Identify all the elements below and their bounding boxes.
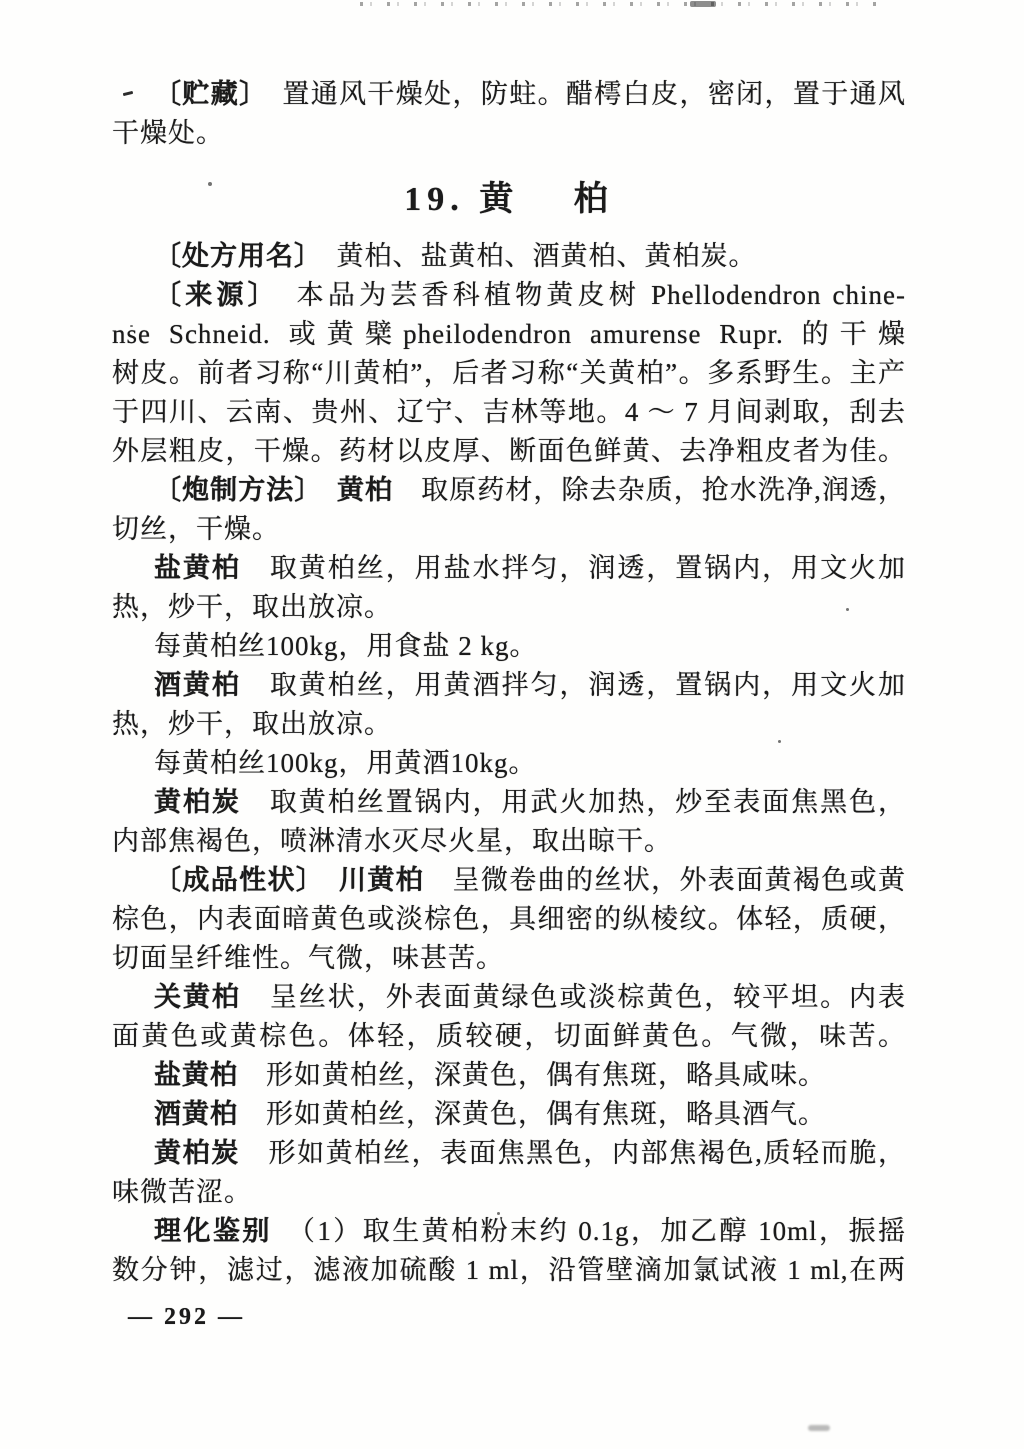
line-text: 取黄柏丝置锅内，用武火加热，炒至表面焦黑色， <box>241 787 906 817</box>
line-label: 盐黄柏 <box>154 1060 238 1090</box>
line-text: 于四川、云南、贵州、辽宁、吉林等地。4 ～ 7 月间剥取，刮去 <box>112 397 906 427</box>
text-line: 外层粗皮，干燥。药材以皮厚、断面色鲜黄、去净粗皮者为佳。 <box>112 432 906 471</box>
text-line: 切丝，干燥。 <box>112 510 906 549</box>
text-line: 内部焦褐色，喷淋清水灭尽火星，取出晾干。 <box>112 822 906 861</box>
page-number: — 292 — <box>128 1304 906 1331</box>
text-line: 酒黄柏 形如黄柏丝，深黄色，偶有焦斑，略具酒气。 <box>112 1095 906 1134</box>
line-text: 取黄柏丝，用盐水拌匀，润透，置锅内，用文火加 <box>241 553 906 583</box>
text-column: 〔贮藏〕 置通风干燥处，防蛀。醋樗白皮，密闭，置于通风干燥处。 19. 黄 柏 … <box>112 75 906 1331</box>
text-line: 〔处方用名〕 黄柏、盐黄柏、酒黄柏、黄柏炭。 <box>112 237 906 276</box>
line-label: 酒黄柏 <box>154 1099 238 1129</box>
line-text: 切丝，干燥。 <box>112 514 280 544</box>
line-text: 切面呈纤维性。气微，味甚苦。 <box>112 943 504 973</box>
pre-heading-lines: 〔贮藏〕 置通风干燥处，防蛀。醋樗白皮，密闭，置于通风干燥处。 <box>112 75 906 153</box>
line-text: 形如黄柏丝，深黄色，偶有焦斑，略具咸味。 <box>238 1060 826 1090</box>
line-label: 理化鉴别 <box>154 1216 272 1246</box>
text-line: 盐黄柏 形如黄柏丝，深黄色，偶有焦斑，略具咸味。 <box>112 1056 906 1095</box>
line-label: 〔成品性状〕 川黄柏 <box>154 865 424 895</box>
line-label: 酒黄柏 <box>154 670 241 700</box>
line-text: 形如黄柏丝，表面焦黑色，内部焦褐色,质轻而脆， <box>240 1138 906 1168</box>
line-text: 每黄柏丝100kg，用食盐 2 kg。 <box>154 631 538 661</box>
line-text: 味微苦涩。 <box>112 1177 252 1207</box>
text-line: 数分钟，滤过，滤液加硫酸 1 ml，沿管壁滴加氯试液 1 ml,在两 <box>112 1251 906 1290</box>
line-text: 黄柏、盐黄柏、酒黄柏、黄柏炭。 <box>309 241 757 271</box>
text-line: 热，炒干，取出放凉。 <box>112 588 906 627</box>
text-line: 面黄色或黄棕色。体轻，质较硬，切面鲜黄色。气微，味苦。 <box>112 1017 906 1056</box>
text-line: 每黄柏丝100kg，用黄酒10kg。 <box>112 744 906 783</box>
line-text: 每黄柏丝100kg，用黄酒10kg。 <box>154 748 537 778</box>
line-label: 〔炮制方法〕 黄柏 <box>154 475 393 505</box>
line-label: 〔处方用名〕 <box>154 241 309 271</box>
text-line: 〔炮制方法〕 黄柏 取原药材，除去杂质，抢水洗净,润透， <box>112 471 906 510</box>
line-text: 取黄柏丝，用黄酒拌匀，润透，置锅内，用文火加 <box>241 670 906 700</box>
text-line: 关黄柏 呈丝状，外表面黄绿色或淡棕黄色，较平坦。内表 <box>112 978 906 1017</box>
text-line: 干燥处。 <box>112 114 906 153</box>
text-line: 酒黄柏 取黄柏丝，用黄酒拌匀，润透，置锅内，用文火加 <box>112 666 906 705</box>
text-line: 棕色，内表面暗黄色或淡棕色，具细密的纵棱纹。体轻，质硬， <box>112 900 906 939</box>
line-text: 呈丝状，外表面黄绿色或淡棕黄色，较平坦。内表 <box>241 982 906 1012</box>
text-line: 〔贮藏〕 置通风干燥处，防蛀。醋樗白皮，密闭，置于通风 <box>112 75 906 114</box>
text-line: 每黄柏丝100kg，用食盐 2 kg。 <box>112 627 906 666</box>
line-text: 干燥处。 <box>112 118 224 148</box>
text-line: 理化鉴别 （1）取生黄柏粉末约 0.1g，加乙醇 10ml，振摇 <box>112 1212 906 1251</box>
body-lines: 〔处方用名〕 黄柏、盐黄柏、酒黄柏、黄柏炭。〔来源〕 本品为芸香科植物黄皮树 P… <box>112 237 906 1290</box>
section-heading: 19. 黄 柏 <box>112 175 906 225</box>
scan-smudge-bottom-right <box>808 1425 830 1431</box>
line-text: 置通风干燥处，防蛀。醋樗白皮，密闭，置于通风 <box>254 79 906 109</box>
scan-noise-fragment <box>690 1 716 7</box>
text-line: 〔来源〕 本品为芸香科植物黄皮树 Phellodendron chine- <box>112 276 906 315</box>
text-line: 热，炒干，取出放凉。 <box>112 705 906 744</box>
text-line: nse Schneid. 或黄檗pheilodendron amurense R… <box>112 315 906 354</box>
text-line: 味微苦涩。 <box>112 1173 906 1212</box>
text-line: 〔成品性状〕 川黄柏 呈微卷曲的丝状，外表面黄褐色或黄 <box>112 861 906 900</box>
line-text: 热，炒干，取出放凉。 <box>112 592 392 622</box>
line-text: 外层粗皮，干燥。药材以皮厚、断面色鲜黄、去净粗皮者为佳。 <box>112 436 906 466</box>
text-line: 盐黄柏 取黄柏丝，用盐水拌匀，润透，置锅内，用文火加 <box>112 549 906 588</box>
line-text: 取原药材，除去杂质，抢水洗净,润透， <box>393 475 906 505</box>
line-text: 面黄色或黄棕色。体轻，质较硬，切面鲜黄色。气微，味苦。 <box>112 1021 906 1051</box>
line-label: 关黄柏 <box>154 982 241 1012</box>
line-text: 本品为芸香科植物黄皮树 Phellodendron chine- <box>265 280 906 310</box>
line-text: 热，炒干，取出放凉。 <box>112 709 392 739</box>
line-text: （1）取生黄柏粉末约 0.1g，加乙醇 10ml，振摇 <box>272 1216 906 1246</box>
line-label: 盐黄柏 <box>154 553 241 583</box>
text-line: 于四川、云南、贵州、辽宁、吉林等地。4 ～ 7 月间剥取，刮去 <box>112 393 906 432</box>
line-text: 棕色，内表面暗黄色或淡棕色，具细密的纵棱纹。体轻，质硬， <box>112 904 906 934</box>
line-label: 〔贮藏〕 <box>154 79 254 109</box>
line-text: 数分钟，滤过，滤液加硫酸 1 ml，沿管壁滴加氯试液 1 ml,在两 <box>112 1255 906 1285</box>
line-text: 形如黄柏丝，深黄色，偶有焦斑，略具酒气。 <box>238 1099 826 1129</box>
line-label: 黄柏炭 <box>154 1138 240 1168</box>
line-text: 树皮。前者习称“川黄柏”，后者习称“关黄柏”。多系野生。主产 <box>112 358 906 388</box>
line-text: 内部焦褐色，喷淋清水灭尽火星，取出晾干。 <box>112 826 672 856</box>
line-label: 〔来源〕 <box>154 280 265 310</box>
text-line: 树皮。前者习称“川黄柏”，后者习称“关黄柏”。多系野生。主产 <box>112 354 906 393</box>
text-line: 切面呈纤维性。气微，味甚苦。 <box>112 939 906 978</box>
line-text: 呈微卷曲的丝状，外表面黄褐色或黄 <box>424 865 906 895</box>
text-line: 黄柏炭 取黄柏丝置锅内，用武火加热，炒至表面焦黑色， <box>112 783 906 822</box>
scanned-book-page: 〔贮藏〕 置通风干燥处，防蛀。醋樗白皮，密闭，置于通风干燥处。 19. 黄 柏 … <box>0 0 1024 1449</box>
scan-noise-top-edge <box>360 2 880 6</box>
text-line: 黄柏炭 形如黄柏丝，表面焦黑色，内部焦褐色,质轻而脆， <box>112 1134 906 1173</box>
line-text: nse Schneid. 或黄檗pheilodendron amurense R… <box>112 319 906 349</box>
line-label: 黄柏炭 <box>154 787 241 817</box>
